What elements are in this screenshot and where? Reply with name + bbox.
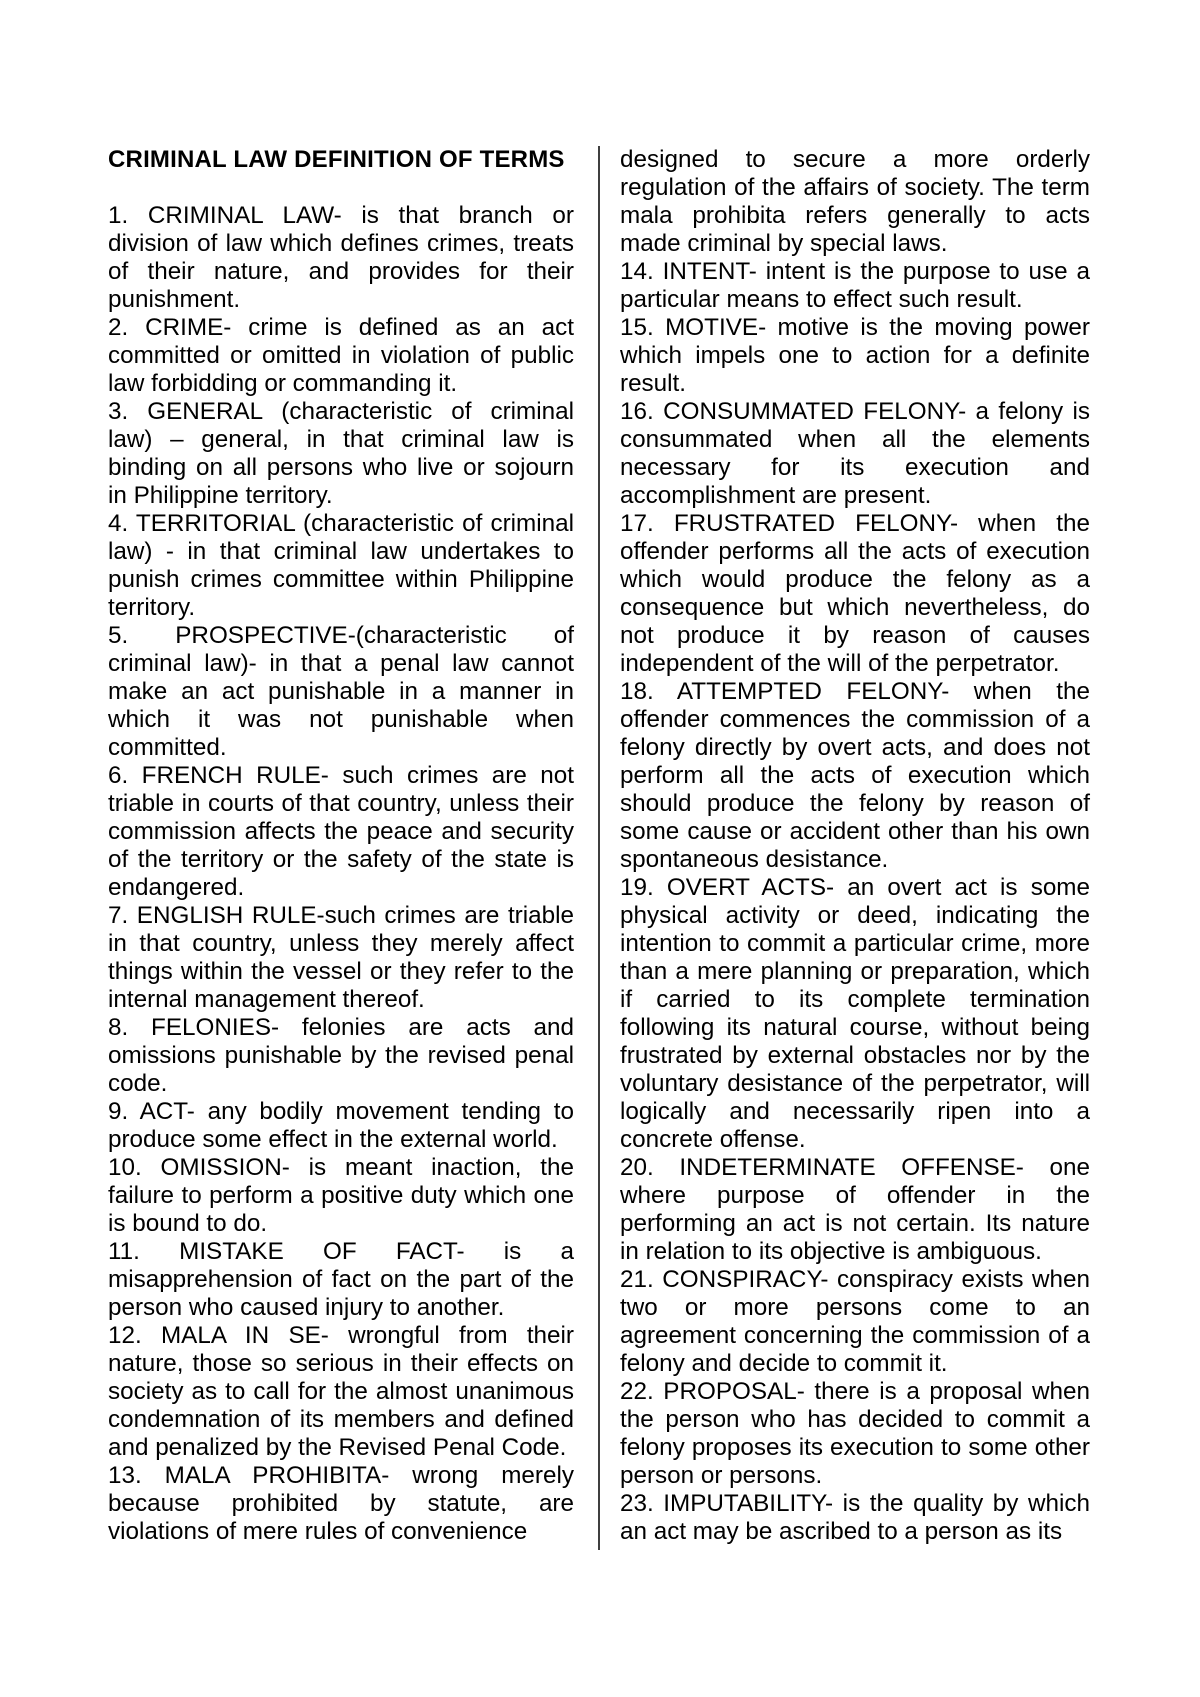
left-column: CRIMINAL LAW DEFINITION OF TERMS 1. CRIM… [108,146,574,1546]
definition-item-4: 4. TERRITORIAL (characteristic of crimin… [108,510,574,622]
definition-item-17: 17. FRUSTRATED FELONY- when the offender… [620,510,1090,678]
definition-item-8: 8. FELONIES- felonies are acts and omiss… [108,1014,574,1098]
definition-item-9: 9. ACT- any bodily movement tending to p… [108,1098,574,1154]
definition-item-11: 11. MISTAKE OF FACT- is a misapprehensio… [108,1238,574,1322]
definition-item-3: 3. GENERAL (characteristic of criminal l… [108,398,574,510]
definition-item-22: 22. PROPOSAL- there is a proposal when t… [620,1378,1090,1490]
definition-item-12: 12. MALA IN SE- wrongful from their natu… [108,1322,574,1462]
definition-item-2: 2. CRIME- crime is defined as an act com… [108,314,574,398]
definition-item-14: 14. INTENT- intent is the purpose to use… [620,258,1090,314]
definition-item-5: 5. PROSPECTIVE-(characteristic of crimin… [108,622,574,762]
column-divider [598,146,600,1550]
right-column: designed to secure a more orderly regula… [620,146,1090,1546]
definition-item-13: 13. MALA PROHIBITA- wrong merely because… [108,1462,574,1546]
definition-item-21: 21. CONSPIRACY- conspiracy exists when t… [620,1266,1090,1378]
definition-item-23: 23. IMPUTABILITY- is the quality by whic… [620,1490,1090,1546]
definition-item-13-continuation: designed to secure a more orderly regula… [620,146,1090,258]
document-title: CRIMINAL LAW DEFINITION OF TERMS [108,146,574,174]
definition-item-10: 10. OMISSION- is meant inaction, the fai… [108,1154,574,1238]
definition-item-6: 6. FRENCH RULE- such crimes are not tria… [108,762,574,902]
definition-item-7: 7. ENGLISH RULE-such crimes are triable … [108,902,574,1014]
definition-item-20: 20. INDETERMINATE OFFENSE- one where pur… [620,1154,1090,1266]
page-content: CRIMINAL LAW DEFINITION OF TERMS 1. CRIM… [108,146,1090,1550]
document-page: CRIMINAL LAW DEFINITION OF TERMS 1. CRIM… [0,0,1200,1697]
definition-item-16: 16. CONSUMMATED FELONY- a felony is cons… [620,398,1090,510]
definition-item-15: 15. MOTIVE- motive is the moving power w… [620,314,1090,398]
definition-item-1: 1. CRIMINAL LAW- is that branch or divis… [108,202,574,314]
definition-item-19: 19. OVERT ACTS- an overt act is some phy… [620,874,1090,1154]
definition-item-18: 18. ATTEMPTED FELONY- when the offender … [620,678,1090,874]
